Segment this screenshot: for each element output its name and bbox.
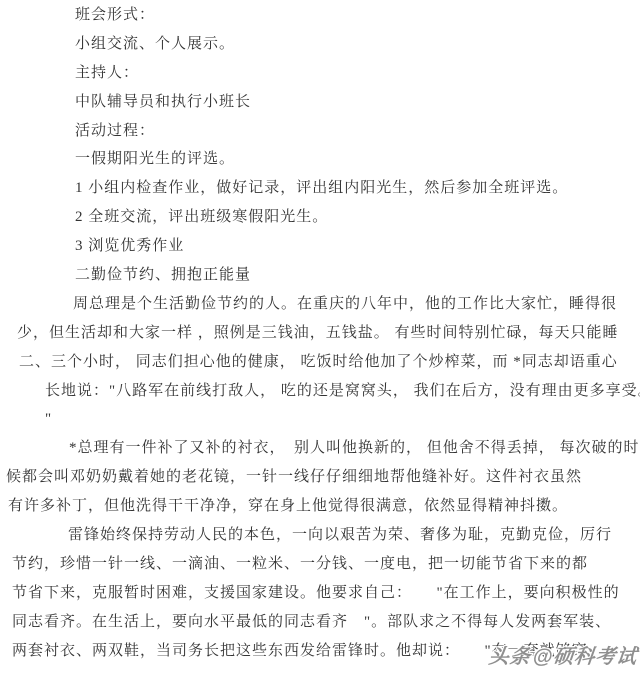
text-line: 雷锋始终保持劳动人民的本色，一向以艰苦为荣、奢侈为耻，克勤克俭，厉行 xyxy=(68,521,640,550)
text-line: 中队辅导员和执行小班长 xyxy=(75,88,640,117)
text-line: 周总理是个生活勤俭节约的人。在重庆的八年中，他的工作比大家忙，睡得很 xyxy=(73,290,640,319)
text-line: 二、三个小时， 同志们担心他的健康， 吃饭时给他加了个炒榨菜，而 *同志却语重心 xyxy=(19,348,640,377)
document-text-block: 班会形式： 小组交流、个人展示。 主持人： 中队辅导员和执行小班长 活动过程： … xyxy=(0,1,640,665)
text-line: 候都会叫邓奶奶戴着她的老花镜，一针一线仔仔细细地帮他缝补好。这件衬衣虽然 xyxy=(6,463,640,492)
document-page: 班会形式： 小组交流、个人展示。 主持人： 中队辅导员和执行小班长 活动过程： … xyxy=(0,0,640,673)
text-line: 节约，珍惜一针一线、一滴油、一粒米、一分钱、一度电，把一切能节省下来的都 xyxy=(12,550,640,579)
text-line: 节省下来，克服暂时困难，支援国家建设。他要求自己： "在工作上，要向积极性的 xyxy=(12,579,640,608)
toutiao-watermark: 头条@硕科考试 xyxy=(488,640,640,669)
watermark-handle: @硕科考试 xyxy=(532,646,639,668)
text-line: *总理有一件补了又补的衬衣， 别人叫他换新的， 但他舍不得丢掉， 每次破的时 xyxy=(69,434,640,463)
text-line: 有许多补丁，但他洗得干干净净，穿在身上他觉得很满意，依然显得精神抖擞。 xyxy=(8,492,640,521)
text-line: " xyxy=(45,405,640,434)
text-line: 活动过程： xyxy=(75,117,640,146)
text-line: 1 小组内检查作业，做好记录，评出组内阳光生，然后参加全班评选。 xyxy=(75,174,640,203)
text-line: 2 全班交流，评出班级寒假阳光生。 xyxy=(75,203,640,232)
toutiao-logo-text: 头条 xyxy=(488,646,532,668)
text-line: 小组交流、个人展示。 xyxy=(75,30,640,59)
text-line: 长地说："八路军在前线打敌人， 吃的还是窝窝头， 我们在后方，没有理由更多享受。 xyxy=(45,377,640,406)
text-line: 班会形式： xyxy=(75,1,640,30)
text-line: 少，但生活却和大家一样 ，照例是三钱油，五钱盐。 有些时间特别忙碌，每天只能睡 xyxy=(17,319,640,348)
text-line: 主持人： xyxy=(75,59,640,88)
text-line: 3 浏览优秀作业 xyxy=(75,232,640,261)
text-line: 一假期阳光生的评选。 xyxy=(75,145,640,174)
text-line: 二勤俭节约、拥抱正能量 xyxy=(75,261,640,290)
text-line: 同志看齐。在生活上，要向水平最低的同志看齐 "。部队求之不得每人发两套军装、 xyxy=(12,608,640,637)
